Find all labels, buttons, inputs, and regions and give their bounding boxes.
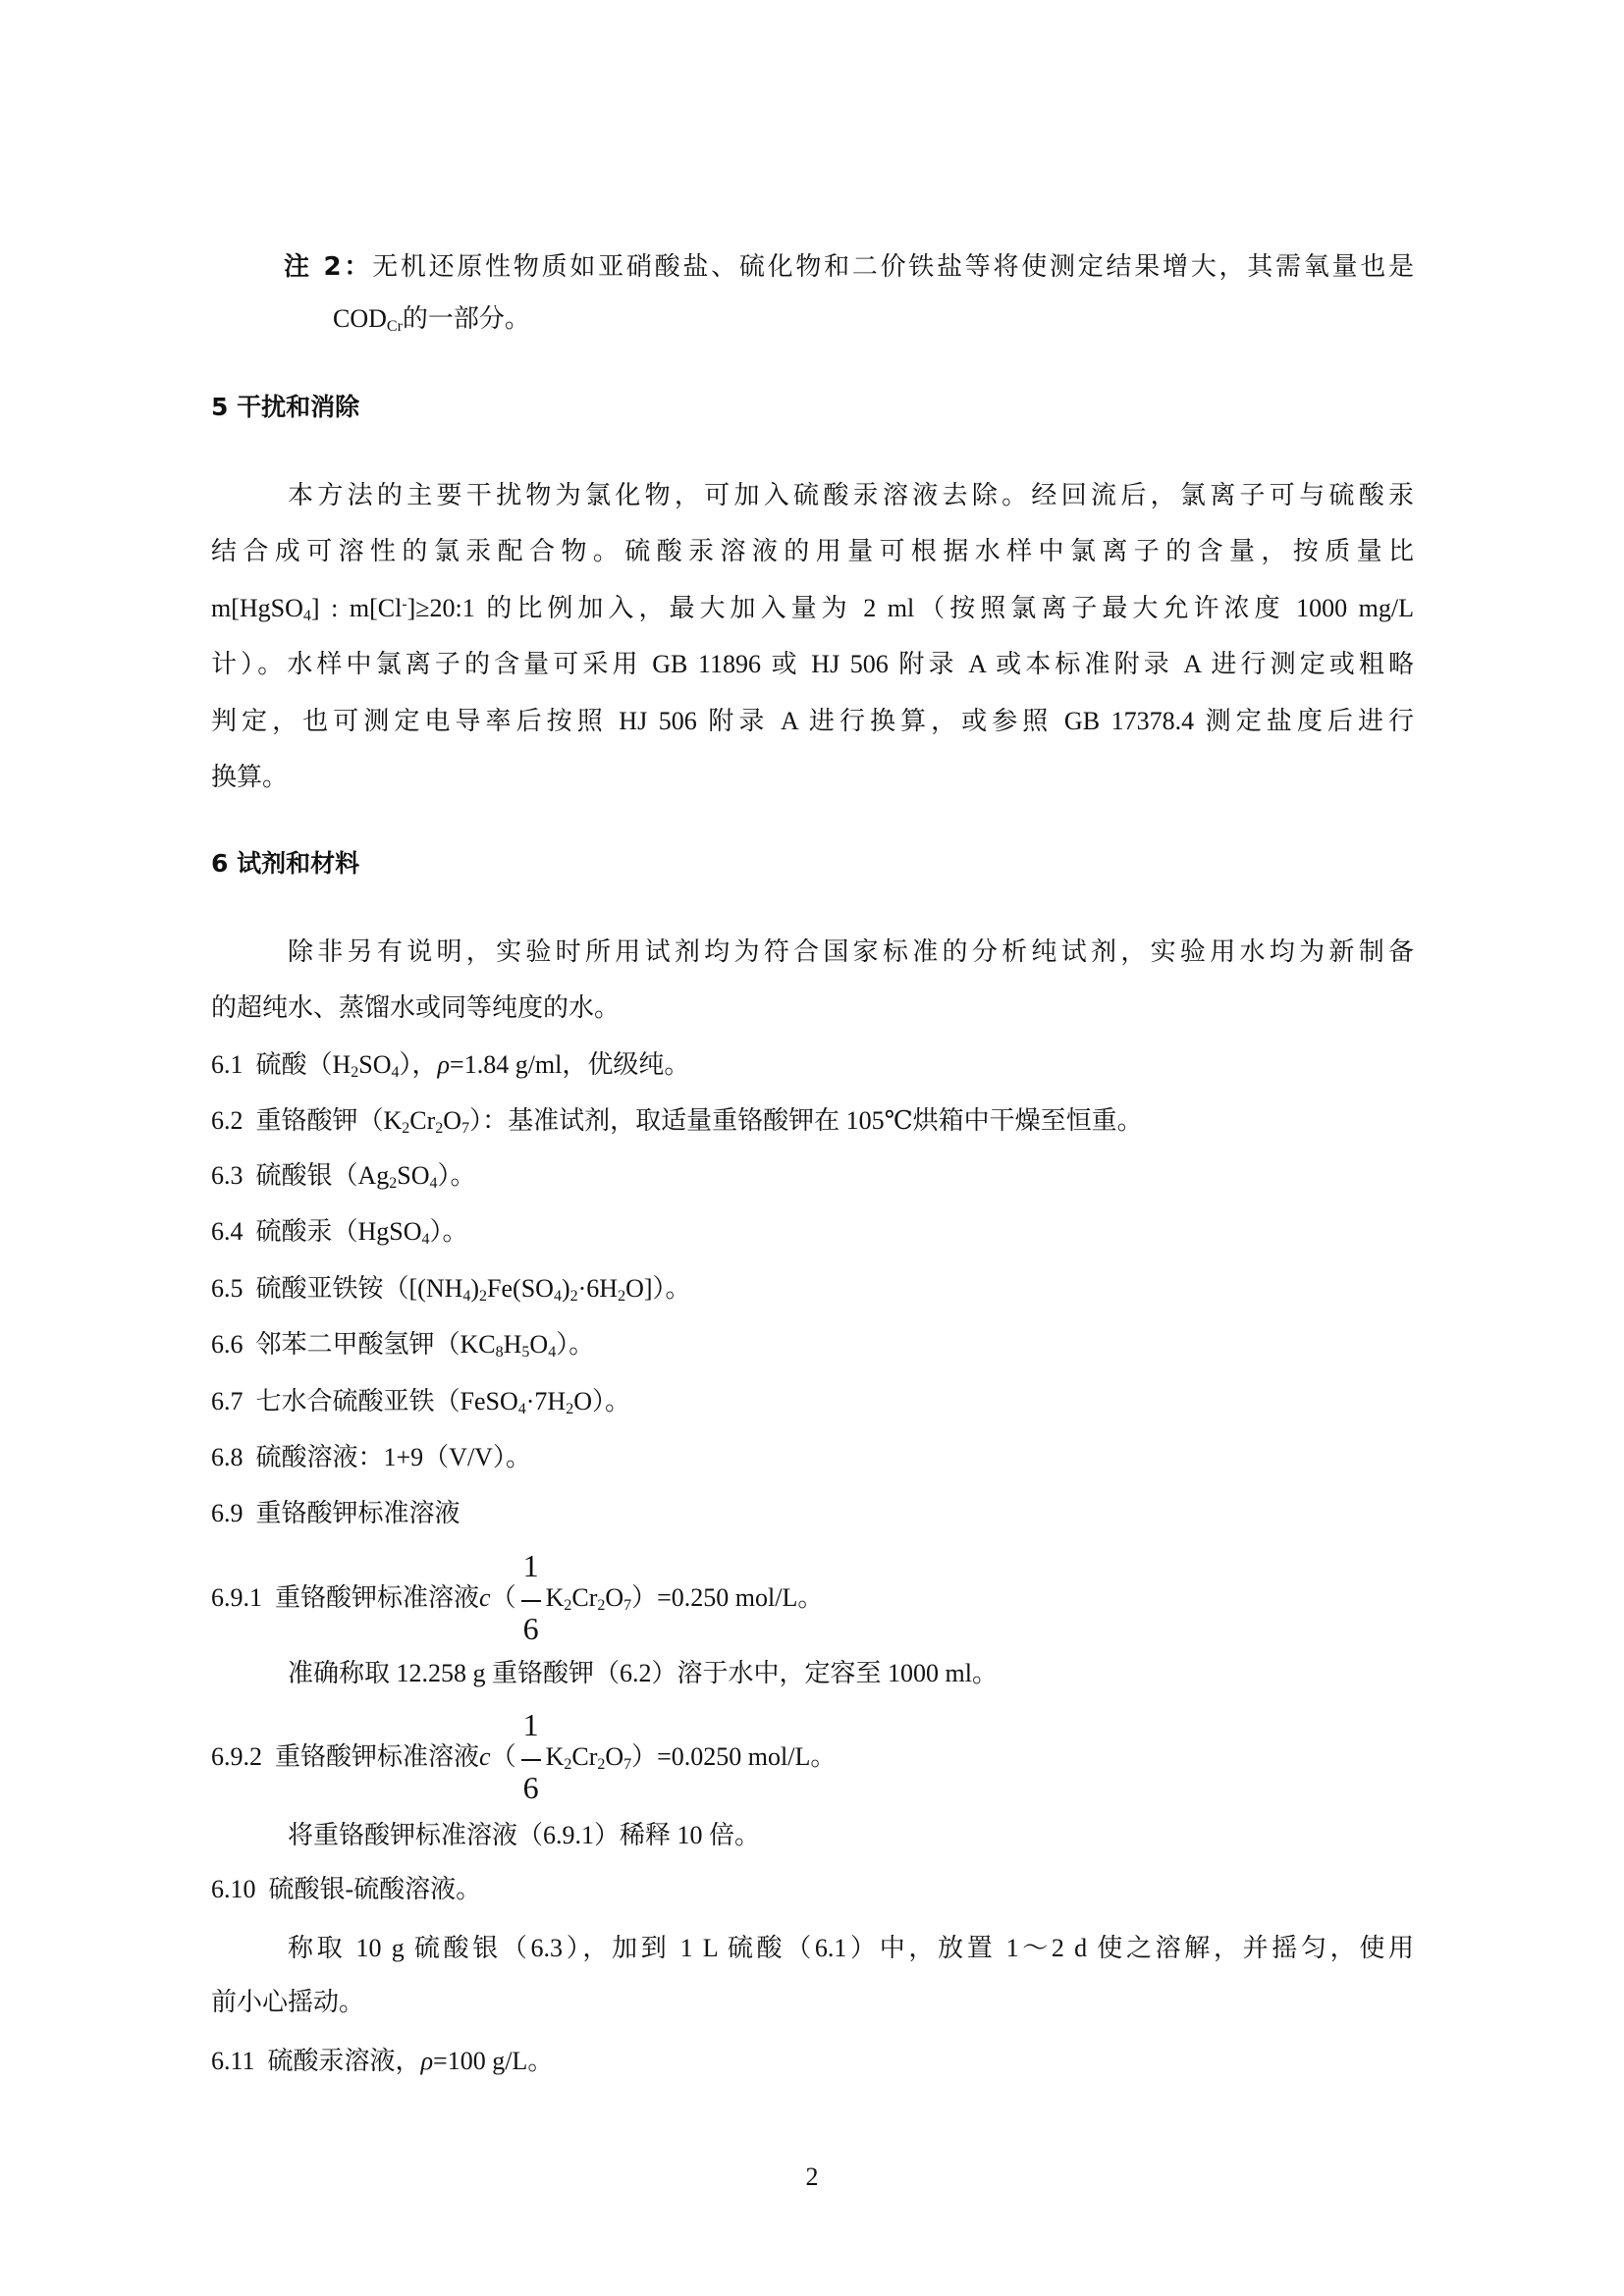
- item-6-10: 6.10 硫酸银-硫酸溶液。: [211, 1873, 481, 1906]
- subscript: 4: [303, 608, 311, 624]
- text: O: [605, 1742, 623, 1771]
- item-6-9-2-body: 将重铬酸钾标准溶液（6.9.1）稀释 10 倍。: [288, 1819, 760, 1852]
- text: 硫酸（H: [256, 1050, 352, 1079]
- subscript: 7: [623, 1756, 631, 1773]
- subscript: 2: [479, 1288, 487, 1305]
- item-number: 6.10: [211, 1875, 256, 1903]
- fraction-denominator: 6: [518, 1772, 544, 1803]
- text: =100 g/L。: [433, 2047, 553, 2075]
- item-number: 6.5: [211, 1274, 244, 1303]
- fraction: 16: [518, 1742, 544, 1776]
- cod-text: COD: [333, 304, 387, 333]
- text: ），: [400, 1050, 438, 1079]
- item-6-9-1: 6.9.1 重铬酸钾标准溶液c（16K2Cr2O7）=0.250 mol/L。: [211, 1581, 823, 1617]
- subscript: 2: [566, 1401, 573, 1417]
- section-5-para-line: 判定，也可测定电导率后按照 HJ 506 附录 A 进行换算，或参照 GB 17…: [211, 705, 1414, 738]
- text: m[HgSO: [211, 594, 303, 622]
- text: 硫酸亚铁铵（[(NH: [256, 1274, 463, 1303]
- item-number: 6.6: [211, 1330, 244, 1359]
- text: H: [504, 1330, 522, 1359]
- text: ）：基准试剂，取适量重铬酸钾在 105℃烘箱中干燥至恒重。: [469, 1106, 1143, 1135]
- note-2-line-2: CODCr的一部分。: [333, 302, 530, 336]
- section-5-para-line: 本方法的主要干扰物为氯化物，可加入硫酸汞溶液去除。经回流后，氯离子可与硫酸汞: [288, 479, 1414, 512]
- text: K: [546, 1583, 565, 1612]
- text: ）=0.0250 mol/L。: [631, 1742, 836, 1771]
- section-5-para-line: 结合成可溶性的氯汞配合物。硫酸汞溶液的用量可根据水样中氯离子的含量，按质量比: [211, 535, 1414, 568]
- item-6-2: 6.2 重铬酸钾（K2Cr2O7）：基准试剂，取适量重铬酸钾在 105℃烘箱中干…: [211, 1104, 1143, 1138]
- text: O: [605, 1583, 623, 1612]
- item-6-8: 6.8 硫酸溶液：1+9（V/V）。: [211, 1441, 531, 1474]
- text: =1.84 g/ml，优级纯。: [450, 1050, 689, 1079]
- text: O: [443, 1106, 461, 1135]
- text: O: [529, 1330, 548, 1359]
- text: ): [470, 1274, 479, 1303]
- item-number: 6.2: [211, 1106, 244, 1135]
- subscript: 7: [623, 1597, 631, 1614]
- text: ·7H: [526, 1387, 566, 1415]
- text: O]）。: [625, 1274, 690, 1303]
- section-6-heading: 6 试剂和材料: [211, 847, 359, 881]
- section-6-intro-line: 除非另有说明，实验时所用试剂均为符合国家标准的分析纯试剂，实验用水均为新制备: [288, 935, 1414, 969]
- item-number: 6.9: [211, 1499, 244, 1527]
- text: 硫酸银-硫酸溶液。: [269, 1875, 482, 1903]
- item-number: 6.3: [211, 1161, 244, 1190]
- text: Cr: [571, 1583, 597, 1612]
- text: Cr: [409, 1106, 435, 1135]
- item-6-3: 6.3 硫酸银（Ag2SO4）。: [211, 1159, 476, 1193]
- text: ）。: [430, 1217, 468, 1246]
- fraction-numerator: 1: [518, 1550, 544, 1581]
- text: 硫酸银（Ag: [256, 1161, 390, 1190]
- section-5-heading: 5 干扰和消除: [211, 391, 359, 424]
- subscript: 7: [461, 1120, 469, 1137]
- text: Fe(SO: [487, 1274, 554, 1303]
- text: 硫酸溶液：1+9（V/V）。: [256, 1443, 531, 1471]
- subscript: 4: [548, 1344, 556, 1361]
- text: （: [491, 1583, 516, 1612]
- subscript: 4: [392, 1064, 400, 1081]
- fraction: 16: [518, 1583, 544, 1617]
- item-6-4: 6.4 硫酸汞（HgSO4）。: [211, 1215, 468, 1249]
- item-number: 6.11: [211, 2047, 255, 2075]
- item-6-9-1-body: 准确称取 12.258 g 重铬酸钾（6.2）溶于水中，定容至 1000 ml。: [288, 1657, 998, 1690]
- item-number: 6.9.2: [211, 1742, 262, 1771]
- note-label: 注 2：: [284, 252, 372, 282]
- text: 七水合硫酸亚铁（FeSO: [256, 1387, 518, 1415]
- concentration-variable: c: [479, 1583, 491, 1612]
- text: 硫酸汞溶液，: [268, 2047, 421, 2075]
- subscript: 2: [618, 1288, 625, 1305]
- text: 重铬酸钾标准溶液: [256, 1499, 460, 1527]
- text: ]≥20:1 的比例加入，最大加入量为 2 ml（按照氯离子最大允许浓度 100…: [407, 594, 1414, 622]
- text: 邻苯二甲酸氢钾（KC: [256, 1330, 496, 1359]
- item-number: 6.7: [211, 1387, 244, 1415]
- item-6-10-body-line: 称取 10 g 硫酸银（6.3），加到 1 L 硫酸（6.1）中，放置 1～2 …: [288, 1932, 1414, 1965]
- item-number: 6.4: [211, 1217, 244, 1246]
- subscript: 4: [518, 1401, 526, 1417]
- subscript: 4: [430, 1175, 438, 1192]
- section-5-para-line: 计）。水样中氯离子的含量可采用 GB 11896 或 HJ 506 附录 A 或…: [211, 648, 1414, 681]
- fraction-denominator: 6: [518, 1613, 544, 1644]
- item-number: 6.9.1: [211, 1583, 262, 1612]
- item-6-10-body-line: 前小心摇动。: [211, 1986, 364, 2019]
- item-6-11: 6.11 硫酸汞溶液，ρ=100 g/L。: [211, 2045, 553, 2078]
- subscript: 2: [570, 1288, 578, 1305]
- item-6-9: 6.9 重铬酸钾标准溶液: [211, 1497, 460, 1530]
- note-cont-text: 的一部分。: [403, 304, 530, 333]
- rho-symbol: ρ: [438, 1050, 450, 1079]
- section-5-ratio-line: m[HgSO4] : m[Cl-]≥20:1 的比例加入，最大加入量为 2 ml…: [211, 592, 1414, 625]
- text: （: [491, 1742, 516, 1771]
- text: 重铬酸钾（K: [256, 1106, 403, 1135]
- page-number: 2: [0, 2163, 1624, 2192]
- text: ）=0.250 mol/L。: [631, 1583, 823, 1612]
- text: ）。: [556, 1330, 594, 1359]
- text: SO: [358, 1050, 391, 1079]
- subscript: 8: [496, 1344, 504, 1361]
- cod-subscript: Cr: [387, 318, 403, 335]
- text: ): [562, 1274, 570, 1303]
- item-number: 6.1: [211, 1050, 244, 1079]
- text: 重铬酸钾标准溶液: [275, 1583, 479, 1612]
- item-6-9-2: 6.9.2 重铬酸钾标准溶液c（16K2Cr2O7）=0.0250 mol/L。: [211, 1740, 836, 1776]
- item-6-7: 6.7 七水合硫酸亚铁（FeSO4·7H2O）。: [211, 1385, 630, 1418]
- text: O）。: [573, 1387, 630, 1415]
- item-6-6: 6.6 邻苯二甲酸氢钾（KC8H5O4）。: [211, 1328, 594, 1362]
- item-number: 6.8: [211, 1443, 244, 1471]
- text: ] : m[Cl: [311, 594, 402, 622]
- text: K: [546, 1742, 565, 1771]
- note-text: 无机还原性物质如亚硝酸盐、硫化物和二价铁盐等将使测定结果增大，其需氧量也是: [372, 252, 1414, 281]
- fraction-bar: [521, 1759, 541, 1761]
- item-6-5: 6.5 硫酸亚铁铵（[(NH4)2Fe(SO4)2·6H2O]）。: [211, 1272, 691, 1306]
- fraction-bar: [521, 1600, 541, 1602]
- fraction-numerator: 1: [518, 1709, 544, 1740]
- text: 重铬酸钾标准溶液: [275, 1742, 479, 1771]
- rho-symbol: ρ: [421, 2047, 433, 2075]
- concentration-variable: c: [479, 1742, 491, 1771]
- note-2-line-1: 注 2：无机还原性物质如亚硝酸盐、硫化物和二价铁盐等将使测定结果增大，其需氧量也…: [284, 250, 1414, 284]
- section-5-para-line: 换算。: [211, 761, 288, 794]
- section-6-intro-line: 的超纯水、蒸馏水或同等纯度的水。: [211, 991, 620, 1025]
- item-6-1: 6.1 硫酸（H2SO4），ρ=1.84 g/ml，优级纯。: [211, 1048, 689, 1082]
- text: SO: [397, 1161, 429, 1190]
- text: ·6H: [578, 1274, 618, 1303]
- text: Cr: [571, 1742, 597, 1771]
- subscript: 4: [554, 1288, 562, 1305]
- text: 硫酸汞（HgSO: [256, 1217, 422, 1246]
- subscript: 4: [422, 1231, 430, 1248]
- text: ）。: [438, 1161, 476, 1190]
